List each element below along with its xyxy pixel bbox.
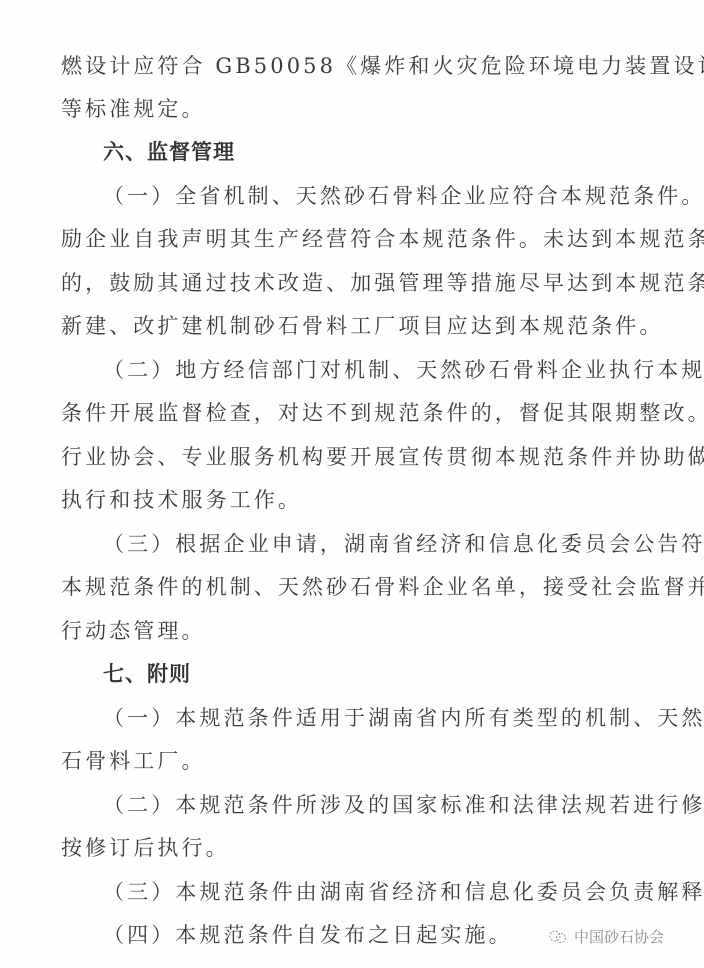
wechat-official-account-icon: [548, 929, 568, 945]
text-line: 石骨料工厂。: [61, 747, 206, 775]
text-line: （三）本规范条件由湖南省经济和信息化委员会负责解释。: [103, 878, 704, 906]
text-line: 按修订后执行。: [61, 834, 230, 862]
text-line: 本规范条件的机制、天然砂石骨料企业名单，接受社会监督并实: [61, 573, 704, 601]
text-line: 行业协会、专业服务机构要开展宣传贯彻本规范条件并协助做好: [61, 443, 704, 471]
text-line: 行动态管理。: [61, 617, 206, 645]
text-line: （一）本规范条件适用于湖南省内所有类型的机制、天然砂: [103, 704, 704, 732]
text-line: （二）地方经信部门对机制、天然砂石骨料企业执行本规范: [103, 356, 704, 384]
section-heading-appendix: 七、附则: [103, 660, 191, 688]
section-heading-supervision: 六、监督管理: [103, 138, 235, 166]
text-line: （四）本规范条件自发布之日起实施。: [103, 921, 513, 949]
text-line: 燃设计应符合 GB50058《爆炸和火灾危险环境电力装置设计规范》: [61, 52, 704, 80]
text-line: （二）本规范条件所涉及的国家标准和法律法规若进行修订，: [103, 791, 704, 819]
text-line: 条件开展监督检查，对达不到规范条件的，督促其限期整改。有关: [61, 399, 704, 427]
document-page: 燃设计应符合 GB50058《爆炸和火灾危险环境电力装置设计规范》 等标准规定。…: [0, 0, 704, 968]
text-line: 执行和技术服务工作。: [61, 486, 302, 514]
text-line: 的，鼓励其通过技术改造、加强管理等措施尽早达到本规范条件。: [61, 269, 704, 297]
text-line: 励企业自我声明其生产经营符合本规范条件。未达到本规范条件: [61, 225, 704, 253]
text-line: （一）全省机制、天然砂石骨料企业应符合本规范条件。鼓: [103, 182, 704, 210]
watermark: 中国砂石协会: [548, 926, 664, 947]
text-line: 等标准规定。: [61, 95, 206, 123]
text-line: （三）根据企业申请，湖南省经济和信息化委员会公告符合: [103, 530, 704, 558]
text-line: 新建、改扩建机制砂石骨料工厂项目应达到本规范条件。: [61, 312, 664, 340]
watermark-text: 中国砂石协会: [574, 926, 664, 947]
